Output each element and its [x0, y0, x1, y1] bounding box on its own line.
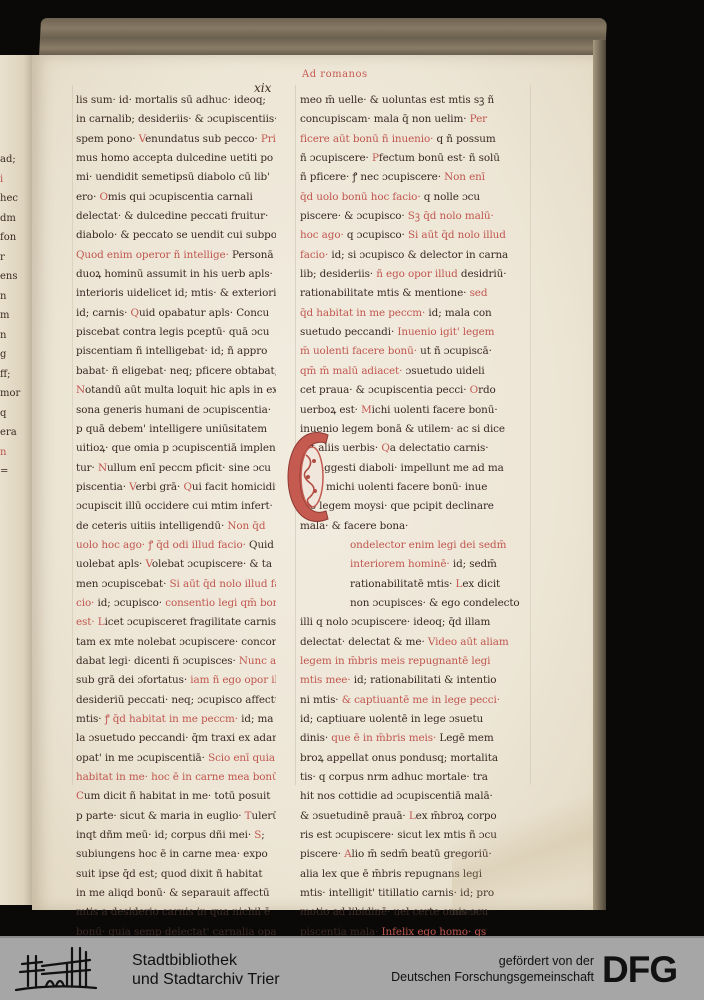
manuscript-line: diabolo· & peccato se uendit cui subponi… — [76, 226, 276, 245]
body-text: sub grā dei ɔfortatus· — [76, 674, 190, 686]
rubric-text: Si aūt q̄d nolo illud fa — [170, 578, 276, 590]
manuscript-line: duoꝝ hominū assumit in his uerb apls· — [76, 265, 276, 284]
body-text: ulerū — [252, 810, 277, 822]
body-text: ñ pficere· ꝭ nec ɔcupiscere· — [300, 171, 444, 183]
manuscript-line: ñ pficere· ꝭ nec ɔcupiscere· Non enī — [300, 168, 520, 187]
left-page-fragment: fon — [0, 228, 30, 248]
manuscript-line: piscere· Alio m̄ sedm̄ beatū gregoriū· — [300, 845, 520, 864]
rubric-text: q̄d habitat in me peccm· — [300, 307, 425, 319]
body-text: erbi grā· — [136, 481, 184, 493]
manuscript-line: men ɔcupiscebat· Si aūt q̄d nolo illud f… — [76, 575, 276, 594]
body-text: enundatus sub pecco· — [145, 133, 261, 145]
rubric-text: Video aūt aliam — [428, 636, 509, 648]
manuscript-line: & ɔsuetudinē prauā· Lex m̄broꝝ corpo — [300, 807, 520, 826]
body-text: Quid — [249, 539, 274, 551]
body-text: piscere· — [300, 848, 344, 860]
book-fore-edge — [593, 40, 606, 910]
manuscript-line: suit ipse q̄d est; quod dixit ñ habitat — [76, 865, 276, 884]
rubric-text: Quod enim operor ñ intellige· — [76, 249, 232, 261]
body-text: id; mala con — [425, 307, 491, 319]
manuscript-line: delectat· & dulcedine peccati fruitur· — [76, 207, 276, 226]
body-text: id; sedm̄ — [450, 558, 497, 570]
manuscript-line: lis sum· id· mortalis sū adhuc· ideoq; — [76, 91, 276, 110]
manuscript-line: babat· ñ eligebat· neq; pficere obtabat; — [76, 362, 276, 381]
body-text: piscentia· — [76, 481, 129, 493]
manuscript-line: delectat· delectat & me· Video aūt aliam — [300, 633, 520, 652]
manuscript-line: dinis· que ē in m̄bris meis· Legē mem — [300, 729, 520, 748]
manuscript-image-viewer: ad;ihecdmfonrensnmngff;morqeran= Ad roma… — [0, 0, 704, 936]
manuscript-line: facio· id; si ɔcupisco & delector in car… — [300, 246, 520, 265]
rubric-text: Inuenio igit' legem — [397, 326, 494, 338]
manuscript-line: illi q nolo ɔcupiscere· ideoq; q̄d illam — [300, 613, 520, 632]
left-page-fragment: n — [0, 443, 30, 463]
rubric-text: cio· — [76, 597, 98, 609]
manuscript-line: uolebat apls· Volebat ɔcupiscere· & ta — [76, 555, 276, 574]
manuscript-line: mtis· ꝭ q̄d habitat in me peccm· id; ma — [76, 710, 276, 729]
manuscript-line: non ɔcupisces· & ego condelector — [300, 594, 520, 613]
ruling-line — [530, 85, 531, 785]
library-name-line1: Stadtbibliothek — [132, 951, 280, 970]
manuscript-line: cio· id; ɔcupisco· consentio legi qm̄ bo… — [76, 594, 276, 613]
library-name: Stadtbibliothek und Stadtarchiv Trier — [132, 951, 280, 989]
manuscript-line: ficere aūt bonū ñ inuenio· q ñ possum — [300, 130, 520, 149]
manuscript-line: Cum dicit ñ habitat in me· totū posuit — [76, 787, 276, 806]
rubric-text: Q — [381, 442, 389, 454]
manuscript-line: q̄d uolo bonū hoc facio· q nolle ɔcu — [300, 188, 520, 207]
manuscript-line: p quā debem' intelligere uniūsitatem — [76, 420, 276, 439]
manuscript-line: tam ex mte nolebat ɔcupiscere· concor — [76, 633, 276, 652]
body-text: hit nos cottidie ad ɔcupiscentiā malā· — [300, 790, 493, 802]
running-header: Ad romanos — [302, 69, 368, 80]
rubric-text: Nunc aū — [239, 655, 276, 667]
body-text: dabat legi· dicenti ñ ɔcupisces· — [76, 655, 239, 667]
body-text: non ɔcupisces· & ego condelector — [350, 597, 520, 609]
manuscript-line: p parte· sicut & maria in euglio· Tulerū — [76, 807, 276, 826]
manuscript-line: in me aliqd bonū· & separauit affectū — [76, 884, 276, 903]
left-facing-page: ad;ihecdmfonrensnmngff;morqeran= — [0, 55, 34, 905]
body-text: Legē mem — [439, 732, 493, 744]
rubric-text: ondelector enim legi dei sedm̄ — [350, 539, 506, 551]
ruling-line — [72, 85, 73, 785]
body-text: icet ɔcupisceret fragilitate carnis· — [105, 616, 276, 628]
body-text: cet praua· & ɔcupiscentia pecci· — [300, 384, 470, 396]
body-text: rationabilitate mtis & mentione· — [300, 287, 470, 299]
body-text: ɔsuetudo uideli — [406, 365, 485, 377]
manuscript-line: tis· q corpus nrm adhuc mortale· tra — [300, 768, 520, 787]
manuscript-line: in carnalib; desideriis· & ɔcupiscentiis… — [76, 110, 276, 129]
manuscript-line: opat' in me ɔcupiscentiā· Scio enī quia … — [76, 749, 276, 768]
body-text: uitioꝝ· que omia p ɔcupiscentiā implen — [76, 442, 276, 454]
rubric-text: facio· — [300, 249, 331, 261]
manuscript-line: subiungens hoc ē in carne mea· expo — [76, 845, 276, 864]
rubric-text: Pri — [261, 133, 276, 145]
body-text: mtis a desiderio carnis in qua nichil ē — [76, 906, 270, 918]
body-text: meo m̄ uelle· & uoluntas est mtis sꝫ ñ — [300, 94, 494, 106]
left-page-fragment: n — [0, 326, 30, 346]
left-page-fragment: mor — [0, 384, 30, 404]
manuscript-line: habitat in me· hoc ē in carne mea bonū· — [76, 768, 276, 787]
manuscript-line: mi· uendidit semetipsū diabolo cū lib' — [76, 168, 276, 187]
body-text: alia lex que ē m̄bris repugnans legi — [300, 868, 482, 880]
body-text: piscentiam ñ intelligebat· id; ñ appro — [76, 345, 267, 357]
manuscript-line: ñ ɔcupiscere· Pfectum bonū est· ñ solū — [300, 149, 520, 168]
rubric-text: ꝭ q̄d habitat in me peccm· — [105, 713, 238, 725]
body-text: suetudo peccandi· — [300, 326, 397, 338]
body-text: mis qui ɔcupiscentia carnali — [108, 191, 253, 203]
manuscript-line: la ɔsuetudo peccandi· q̄m traxi ex adam· — [76, 729, 276, 748]
body-text: suit ipse q̄d est; quod dixit ñ habitat — [76, 868, 262, 880]
manuscript-line: spem pono· Venundatus sub pecco· Pri — [76, 130, 276, 149]
body-text: babat· ñ eligebat· neq; pficere obtabat; — [76, 365, 276, 377]
manuscript-line: ero· Omis qui ɔcupiscentia carnali — [76, 188, 276, 207]
rubric-text: Per — [470, 113, 487, 125]
body-text: id; rationabilitati & intentio — [354, 674, 497, 686]
body-text: delectat· delectat & me· — [300, 636, 428, 648]
body-text: bonū· quia semp delectat' carnalia opa — [76, 926, 276, 936]
manuscript-line: m̄ uolenti facere bonū· ut ñ ɔcupiscā· — [300, 342, 520, 361]
body-text: p quā debem' intelligere uniūsitatem — [76, 423, 267, 435]
manuscript-line: est· Licet ɔcupisceret fragilitate carni… — [76, 613, 276, 632]
body-text: mi· uendidit semetipsū diabolo cū lib' — [76, 171, 270, 183]
rubric-text: L — [409, 810, 416, 822]
body-text: uid opabatur apls· Concu — [139, 307, 269, 319]
body-text: id; captiuare uolentē in lege ɔsuetu — [300, 713, 483, 725]
body-text: sona generis humani de ɔcupiscentia· — [76, 404, 271, 416]
manuscript-line: ris est ɔcupiscere· sicut lex mtis ñ ɔcu — [300, 826, 520, 845]
body-text: lis sum· id· mortalis sū adhuc· ideoq; — [76, 94, 266, 106]
body-text: men ɔcupiscebat· — [76, 578, 170, 590]
manuscript-line: lib; desideriis· ñ ego opor illud desidr… — [300, 265, 520, 284]
body-text: lio m̄ sedm̄ beatū gregoriū· — [352, 848, 492, 860]
body-text: p parte· sicut & maria in euglio· — [76, 810, 245, 822]
manuscript-line: sub grā dei ɔfortatus· iam ñ ego opor il… — [76, 671, 276, 690]
rubric-text: C — [76, 790, 84, 802]
manuscript-line: dabat legi· dicenti ñ ɔcupisces· Nunc aū — [76, 652, 276, 671]
rubric-text: O — [99, 191, 107, 203]
rubric-text: mtis mee· — [300, 674, 354, 686]
rubric-text: L — [98, 616, 105, 628]
left-page-fragment: q — [0, 404, 30, 424]
dfg-logo: DFG — [602, 951, 677, 989]
manuscript-line: rationabilitatē mtis· Lex dicit — [300, 575, 520, 594]
institution-footer-banner: Stadtbibliothek und Stadtarchiv Trier ge… — [0, 936, 704, 1000]
manuscript-line: sona generis humani de ɔcupiscentia· — [76, 401, 276, 420]
body-text: mus homo accepta dulcedine uetiti po — [76, 152, 273, 164]
rubric-text: Scio enī quia ñ — [208, 752, 276, 764]
manuscript-line: hoc ago· q ɔcupisco· Si aūt q̄d nolo ill… — [300, 226, 520, 245]
body-text: piscebat contra legis pceptū· quā ɔcu — [76, 326, 269, 338]
body-text: opat' in me ɔcupiscentiā· — [76, 752, 208, 764]
manuscript-line: cet praua· & ɔcupiscentia pecci· Ordo — [300, 381, 520, 400]
manuscript-line: legem in m̄bris meis repugnantē legi — [300, 652, 520, 671]
manuscript-line: de ceteris uitiis intelligendū· Non q̄d — [76, 517, 276, 536]
left-page-fragment: ad; — [0, 150, 30, 170]
rubric-text: Infelix ego homo· qs — [382, 926, 487, 936]
body-text: fectum bonū est· ñ solū — [379, 152, 500, 164]
manuscript-page: Ad romanos xix lis sum· id· mortalis sū … — [32, 55, 595, 910]
body-text: id; carnis· — [76, 307, 131, 319]
manuscript-line: id; carnis· Quid opabatur apls· Concu — [76, 304, 276, 323]
manuscript-line: hit nos cottidie ad ɔcupiscentiā malā· — [300, 787, 520, 806]
body-text: inqt dñm meū· id; corpus dñi mei· — [76, 829, 254, 841]
manuscript-line: mtis· intelligit' titillatio carnis· id;… — [300, 884, 520, 903]
manuscript-line: inqt dñm meū· id; corpus dñi mei· S; — [76, 826, 276, 845]
manuscript-line: ondelector enim legi dei sedm̄ — [300, 536, 520, 555]
left-page-text-fragments: ad;ihecdmfonrensnmngff;morqeran= — [0, 150, 30, 482]
rubric-text: ñ ego opor illud — [376, 268, 458, 280]
rubric-text: consentio legi qm̄ bona — [165, 597, 276, 609]
body-text: dinis· — [300, 732, 331, 744]
text-column-left: lis sum· id· mortalis sū adhuc· ideoq;in… — [76, 91, 276, 936]
left-page-fragment: r — [0, 248, 30, 268]
manuscript-line: interioris uidelicet id; mtis· & exterio… — [76, 284, 276, 303]
manuscript-line: mtis mee· id; rationabilitati & intentio — [300, 671, 520, 690]
body-text: ɔcupiscit illū occidere cui mtim infert·… — [76, 500, 276, 512]
manuscript-line: piscere· & ɔcupisco· Sꝫ q̄d nolo malū· — [300, 207, 520, 226]
manuscript-line: rationabilitate mtis & mentione· sed — [300, 284, 520, 303]
manuscript-line: uitioꝝ· que omia p ɔcupiscentiā implen — [76, 439, 276, 458]
manuscript-line: bonū· quia semp delectat' carnalia opa — [76, 923, 276, 936]
body-text: rdo — [478, 384, 496, 396]
body-text: broꝝ appellat onus pondusq; mortalita — [300, 752, 498, 764]
rubric-text: Sꝫ q̄d nolo malū· — [408, 210, 494, 222]
rubric-text: legem in m̄bris meis repugnantē legi — [300, 655, 490, 667]
rubric-text: P — [372, 152, 379, 164]
body-text: ; — [261, 829, 264, 841]
funding-credit-line1: gefördert von der — [318, 953, 594, 969]
rubric-text: hoc ago· — [300, 229, 347, 241]
body-text: desidriū· — [458, 268, 507, 280]
rubric-text: habitat in me· hoc ē in carne mea bonū· — [76, 771, 276, 783]
rubric-text: Q — [131, 307, 139, 319]
body-text: concupiscam· mala q̄ non uelim· — [300, 113, 470, 125]
rubric-text: uolo hoc ago· ꝭ q̄d odi illud facio· — [76, 539, 249, 551]
body-text: ni mtis· — [300, 694, 342, 706]
manuscript-line: q̄d habitat in me peccm· id; mala con — [300, 304, 520, 323]
rubric-text: q̄d uolo bonū hoc facio· — [300, 191, 424, 203]
body-text: duoꝝ hominū assumit in his uerb apls· — [76, 268, 273, 280]
body-text: ero· — [76, 191, 99, 203]
manuscript-line: interiorem hominē· id; sedm̄ — [300, 555, 520, 574]
manuscript-line: Notandū aūt multa loquit hic apls in ex … — [76, 381, 276, 400]
rubric-text: & captiuantē me in lege pecci· — [342, 694, 500, 706]
body-text: la ɔsuetudo peccandi· q̄m traxi ex adam· — [76, 732, 276, 744]
body-text: ñ ɔcupiscere· — [300, 152, 372, 164]
manuscript-line: concupiscam· mala q̄ non uelim· Per — [300, 110, 520, 129]
body-text: in carnalib; desideriis· & ɔcupiscentiis… — [76, 113, 276, 125]
manuscript-line: broꝝ appellat onus pondusq; mortalita — [300, 749, 520, 768]
rubric-text: m̄ uolenti facere bonū· — [300, 345, 420, 357]
body-text: a delectatio carnis· — [390, 442, 489, 454]
body-text: delectat· & dulcedine peccati fruitur· — [76, 210, 268, 222]
left-page-fragment: dm — [0, 209, 30, 229]
body-text: mtis· — [76, 713, 105, 725]
rubric-text: M — [361, 404, 372, 416]
body-text: ris est ɔcupiscere· sicut lex mtis ñ ɔcu — [300, 829, 497, 841]
left-page-fragment: n — [0, 287, 30, 307]
manuscript-line: id; captiuare uolentē in lege ɔsuetu — [300, 710, 520, 729]
left-page-fragment: hec — [0, 189, 30, 209]
manuscript-line: motio ad libidinē· uel certe omis ɔcu — [300, 903, 520, 922]
rubric-text: interiorem hominē· — [350, 558, 450, 570]
body-text: um dicit ñ habitat in me· totū posuit — [84, 790, 270, 802]
library-name-line2: und Stadtarchiv Trier — [132, 970, 280, 989]
left-page-fragment: ens — [0, 267, 30, 287]
rubric-text: O — [470, 384, 478, 396]
decorated-initial-c-icon — [284, 425, 334, 529]
rubric-text: N — [76, 384, 85, 396]
body-text: uolebat apls· — [76, 558, 145, 570]
body-text: desideriū peccati· neq; ɔcupisco affectu — [76, 694, 276, 706]
body-text: q nolle ɔcu — [424, 191, 480, 203]
rubric-text: Si aūt q̄d nolo illud — [408, 229, 506, 241]
body-text: id; si ɔcupisco & delector in carna — [331, 249, 508, 261]
body-text: ichi uolenti facere bonū· — [372, 404, 498, 416]
rubric-text: Non enī — [444, 171, 485, 183]
body-text: de ceteris uitiis intelligendū· — [76, 520, 227, 532]
body-text: mtis· intelligit' titillatio carnis· id;… — [300, 887, 494, 899]
funding-credit-line2: Deutschen Forschungsgemeinschaft — [318, 969, 594, 985]
manuscript-line: uerboꝝ est· Michi uolenti facere bonū· — [300, 401, 520, 420]
manuscript-line: ni mtis· & captiuantē me in lege pecci· — [300, 691, 520, 710]
left-page-fragment: m — [0, 306, 30, 326]
rubric-text: est· — [76, 616, 98, 628]
manuscript-line: piscentiam ñ intelligebat· id; ñ appro — [76, 342, 276, 361]
manuscript-line: piscentia· Verbi grā· Qui facit homicidi… — [76, 478, 276, 497]
body-text: & ɔsuetudinē prauā· — [300, 810, 409, 822]
rubric-text: Q — [183, 481, 191, 493]
body-text: tur· — [76, 462, 98, 474]
manuscript-line: suetudo peccandi· Inuenio igit' legem — [300, 323, 520, 342]
rubric-text: T — [245, 810, 252, 822]
body-text: id; ɔcupisco· — [98, 597, 166, 609]
body-text: id; ma — [238, 713, 273, 725]
left-page-fragment: = — [0, 462, 30, 482]
body-text: subiungens hoc ē in carne mea· expo — [76, 848, 268, 860]
rubric-text: sed — [470, 287, 488, 299]
funding-credit: gefördert von der Deutschen Forschungsge… — [318, 953, 594, 985]
left-page-fragment: i — [0, 170, 30, 190]
body-text: motio ad libidinē· uel certe omis ɔcu — [300, 906, 488, 918]
left-page-fragment: era — [0, 423, 30, 443]
manuscript-line: tur· Nullum enī peccm pficit· sine ɔcu — [76, 459, 276, 478]
left-page-fragment: g — [0, 345, 30, 365]
body-text: lib; desideriis· — [300, 268, 376, 280]
body-text: illi q nolo ɔcupiscere· ideoq; q̄d illam — [300, 616, 490, 628]
body-text: piscere· & ɔcupisco· — [300, 210, 408, 222]
body-text: ullum enī peccm pficit· sine ɔcu — [107, 462, 271, 474]
body-text: ex dicit — [462, 578, 500, 590]
rubric-text: iam ñ ego opor illud — [190, 674, 276, 686]
manuscript-line: qm̄ m̄ malū adiacet· ɔsuetudo uideli — [300, 362, 520, 381]
manuscript-line: piscentia mala· Infelix ego homo· qs — [300, 923, 520, 936]
manuscript-line: ɔcupiscit illū occidere cui mtim infert·… — [76, 497, 276, 516]
body-text: Personā — [232, 249, 273, 261]
body-text: interioris uidelicet id; mtis· & exterio… — [76, 287, 276, 299]
manuscript-line: meo m̄ uelle· & uoluntas est mtis sꝫ ñ — [300, 91, 520, 110]
manuscript-line: piscebat contra legis pceptū· quā ɔcu — [76, 323, 276, 342]
body-text: tis· q corpus nrm adhuc mortale· tra — [300, 771, 488, 783]
manuscript-line: mtis a desiderio carnis in qua nichil ē — [76, 903, 276, 922]
rubric-text: que ē in m̄bris meis· — [331, 732, 439, 744]
manuscript-line: Quod enim operor ñ intellige· Personā — [76, 246, 276, 265]
body-text: olebat ɔcupiscere· & ta — [152, 558, 272, 570]
body-text: ex m̄broꝝ corpo — [416, 810, 497, 822]
body-text: q ñ possum — [437, 133, 496, 145]
body-text: tam ex mte nolebat ɔcupiscere· concor — [76, 636, 276, 648]
body-text: otandū aūt multa loquit hic apls in ex p — [85, 384, 276, 396]
rubric-text: ficere aūt bonū ñ inuenio· — [300, 133, 437, 145]
book-top-edge — [39, 18, 607, 58]
rubric-text: Non q̄d — [227, 520, 265, 532]
body-text: ui facit homicidiū — [192, 481, 276, 493]
body-text: spem pono· — [76, 133, 139, 145]
stadtbibliothek-trier-logo-icon — [12, 944, 98, 996]
body-text: rationabilitatē mtis· — [350, 578, 456, 590]
body-text: q ɔcupisco· — [347, 229, 408, 241]
manuscript-line: alia lex que ē m̄bris repugnans legi — [300, 865, 520, 884]
manuscript-line: uolo hoc ago· ꝭ q̄d odi illud facio· Qui… — [76, 536, 276, 555]
body-text: in me aliqd bonū· & separauit affectū — [76, 887, 270, 899]
rubric-text: A — [344, 848, 351, 860]
left-page-fragment: ff; — [0, 365, 30, 385]
rubric-text: qm̄ m̄ malū adiacet· — [300, 365, 406, 377]
body-text: ut ñ ɔcupiscā· — [420, 345, 492, 357]
body-text: diabolo· & peccato se uendit cui subponi… — [76, 229, 276, 241]
manuscript-line: mus homo accepta dulcedine uetiti po — [76, 149, 276, 168]
rubric-text: N — [98, 462, 107, 474]
manuscript-line: desideriū peccati· neq; ɔcupisco affectu — [76, 691, 276, 710]
body-text: piscentia mala· — [300, 926, 382, 936]
body-text: uerboꝝ est· — [300, 404, 361, 416]
